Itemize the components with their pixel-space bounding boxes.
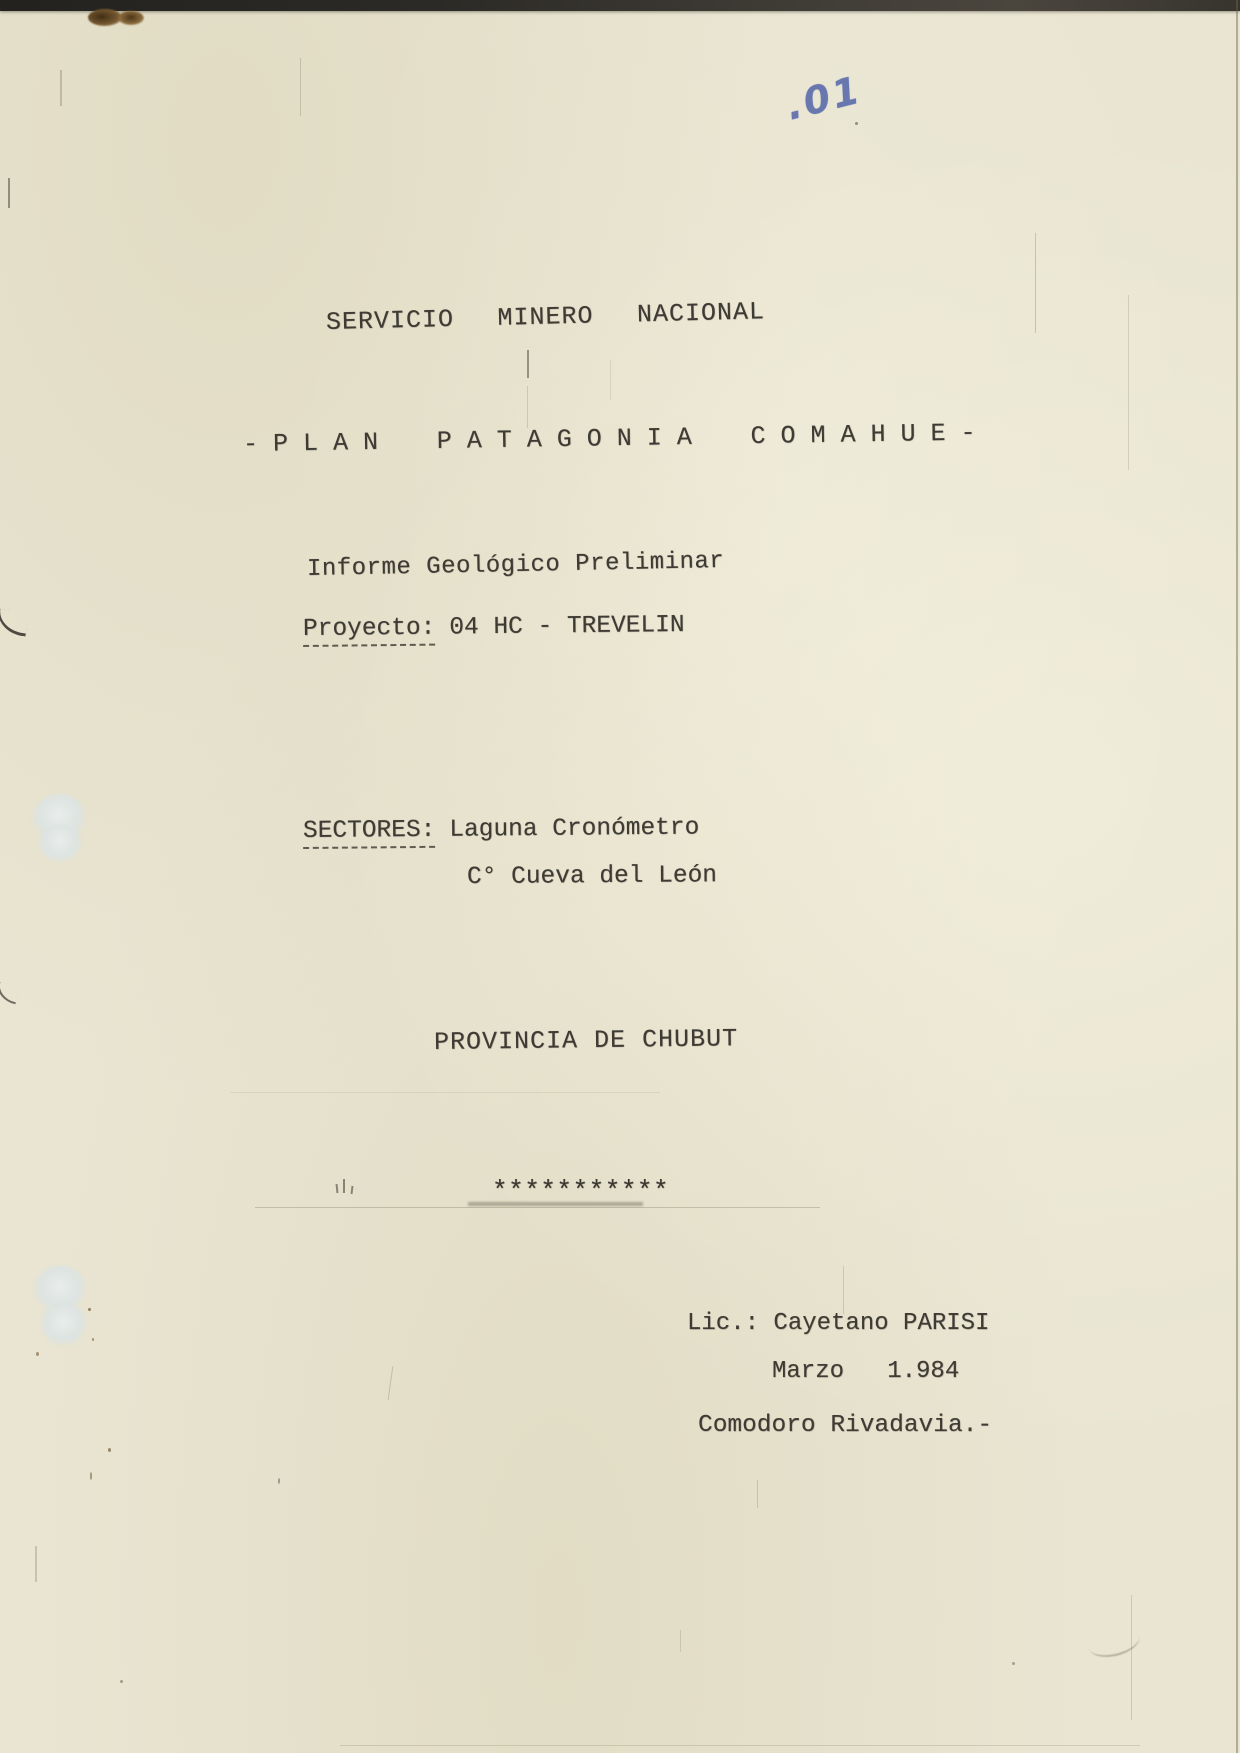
scan-artifact [610, 360, 611, 400]
scan-artifact [843, 1266, 844, 1314]
sectors-label: SECTORES: [303, 817, 436, 849]
sectors-line: SECTORES:Laguna Cronómetro [303, 815, 700, 849]
report-type: Informe Geológico Preliminar [307, 548, 725, 583]
scan-artifact [527, 386, 528, 428]
stray-mark [351, 1186, 354, 1194]
place-line: Comodoro Rivadavia.- [698, 1412, 992, 1439]
hole-lobe [38, 824, 82, 862]
author-line: Lic.: Cayetano PARISI [687, 1310, 989, 1337]
scan-artifact [340, 1745, 1140, 1746]
project-line: Proyecto:04 HC - TREVELIN [303, 612, 685, 647]
paper-speck [855, 122, 858, 125]
scan-artifact [255, 1207, 820, 1208]
province-title: PROVINCIA DE CHUBUT [434, 1024, 738, 1057]
scan-artifact [680, 1630, 681, 1652]
paper-smudge [118, 11, 144, 25]
punch-hole-bottom [34, 1266, 88, 1348]
paper-speck [88, 1308, 91, 1311]
hole-lobe [41, 1302, 86, 1346]
scan-artifact [1236, 0, 1238, 1753]
pen-mark [0, 609, 28, 637]
paper-speck [90, 1472, 92, 1480]
scanned-document-page: .01 SERVICIO MINERO NACIONAL -PLAN PATAG… [0, 0, 1240, 1753]
paper-speck [278, 1478, 280, 1484]
scan-edge-artifact [0, 0, 1240, 11]
date-line: Marzo 1.984 [772, 1358, 959, 1385]
scan-artifact [757, 1480, 758, 1508]
scan-artifact [230, 1092, 660, 1093]
paper-speck [108, 1448, 111, 1452]
project-value: 04 HC - TREVELIN [449, 612, 685, 641]
scan-artifact [8, 178, 10, 208]
scan-artifact [60, 70, 62, 106]
handwritten-page-number: .01 [782, 67, 867, 128]
scan-artifact [1035, 233, 1036, 333]
scan-artifact [388, 1366, 394, 1400]
paper-speck [36, 1352, 39, 1356]
stray-mark [343, 1179, 345, 1193]
paper-speck [1012, 1662, 1015, 1665]
sector-item-2: C° Cueva del León [467, 862, 717, 891]
organization-title: SERVICIO MINERO NACIONAL [326, 297, 766, 337]
scan-artifact [300, 58, 301, 116]
project-label: Proyecto: [303, 615, 436, 647]
punch-hole-top [32, 794, 88, 864]
scan-artifact [527, 350, 529, 378]
scan-artifact [468, 1202, 643, 1206]
pencil-squiggle [1085, 1622, 1142, 1662]
scan-artifact [1128, 295, 1129, 470]
paper-smudge [88, 9, 122, 26]
scan-artifact [35, 1546, 37, 1582]
paper-speck [120, 1680, 123, 1683]
paper-speck [92, 1338, 94, 1341]
plan-title: -PLAN PATAGONIA COMAHUE- [243, 418, 991, 459]
pen-mark [0, 982, 20, 1005]
sector-item-1: Laguna Cronómetro [449, 815, 699, 844]
stray-mark [336, 1184, 339, 1193]
scan-artifact [1131, 1595, 1132, 1720]
